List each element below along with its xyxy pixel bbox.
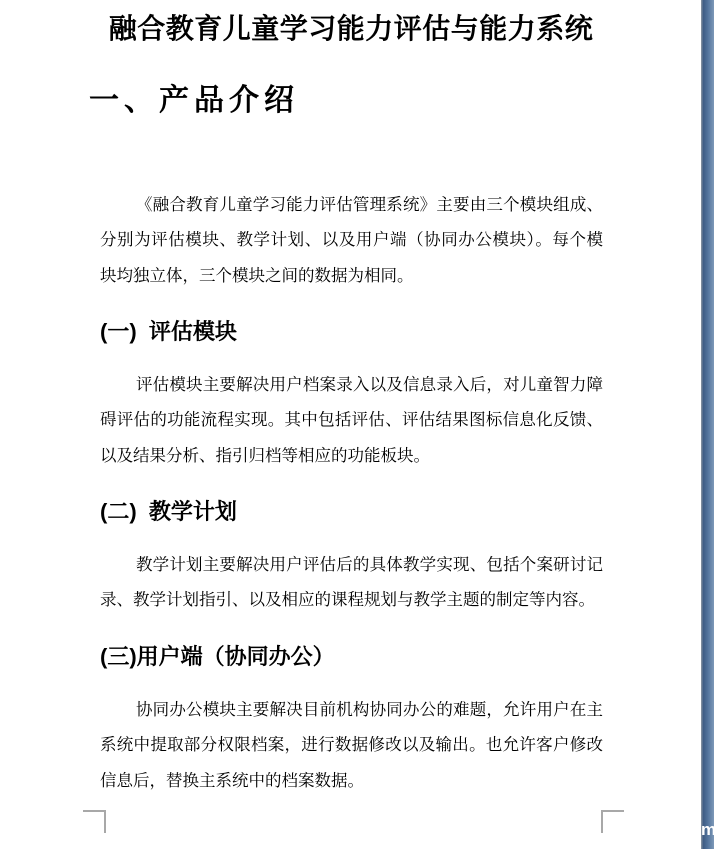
document-page: 融合教育儿童学习能力评估与能力系统 一、产品介绍 《融合教育儿童学习能力评估管理… [0, 0, 714, 849]
paragraph-line: 协同办公模块主要解决目前机构协同办公的难题，允许用户在主 [100, 693, 603, 728]
page-margin-mark-bottom-right [601, 810, 624, 833]
paragraph-line: 教学计划主要解决用户评估后的具体教学实现、包括个案研讨记 [100, 548, 603, 583]
teaching-plan-paragraph: 教学计划主要解决用户评估后的具体教学实现、包括个案研讨记 录、教学计划指引、以及… [100, 548, 603, 619]
paragraph-line: 分别为评估模块、教学计划、以及用户端（协同办公模块）。每个模 [100, 223, 603, 258]
paragraph-line: 系统中提取部分权限档案，进行数据修改以及输出。也允许客户修改 [100, 728, 603, 763]
paragraph-line: 块均独立体，三个模块之间的数据为相同。 [100, 259, 603, 294]
subsection-heading-client-collaboration: (三)用户端（协同办公） [100, 642, 335, 672]
watermark-text-fragment: m [701, 820, 714, 842]
client-collaboration-paragraph: 协同办公模块主要解决目前机构协同办公的难题，允许用户在主 系统中提取部分权限档案… [100, 693, 603, 799]
page-margin-mark-bottom-left [83, 810, 106, 833]
intro-paragraph: 《融合教育儿童学习能力评估管理系统》主要由三个模块组成、 分别为评估模块、教学计… [100, 188, 603, 294]
chapter-heading: 一、产品介绍 [89, 81, 299, 121]
paragraph-line: 以及结果分析、指引归档等相应的功能板块。 [100, 439, 603, 474]
assessment-module-paragraph: 评估模块主要解决用户档案录入以及信息录入后，对儿童智力障 碍评估的功能流程实现。… [100, 368, 603, 474]
paragraph-line: 碍评估的功能流程实现。其中包括评估、评估结果图标信息化反馈、 [100, 403, 603, 438]
paragraph-line: 信息后，替换主系统中的档案数据。 [100, 764, 603, 799]
paragraph-line: 《融合教育儿童学习能力评估管理系统》主要由三个模块组成、 [100, 188, 603, 223]
subsection-heading-teaching-plan: (二) 教学计划 [100, 497, 237, 527]
subsection-heading-assessment-module: (一) 评估模块 [100, 317, 237, 347]
paragraph-line: 录、教学计划指引、以及相应的课程规划与教学主题的制定等内容。 [100, 583, 603, 618]
paragraph-line: 评估模块主要解决用户档案录入以及信息录入后，对儿童智力障 [100, 368, 603, 403]
vertical-scrollbar[interactable] [701, 0, 714, 849]
document-title: 融合教育儿童学习能力评估与能力系统 [0, 8, 702, 50]
